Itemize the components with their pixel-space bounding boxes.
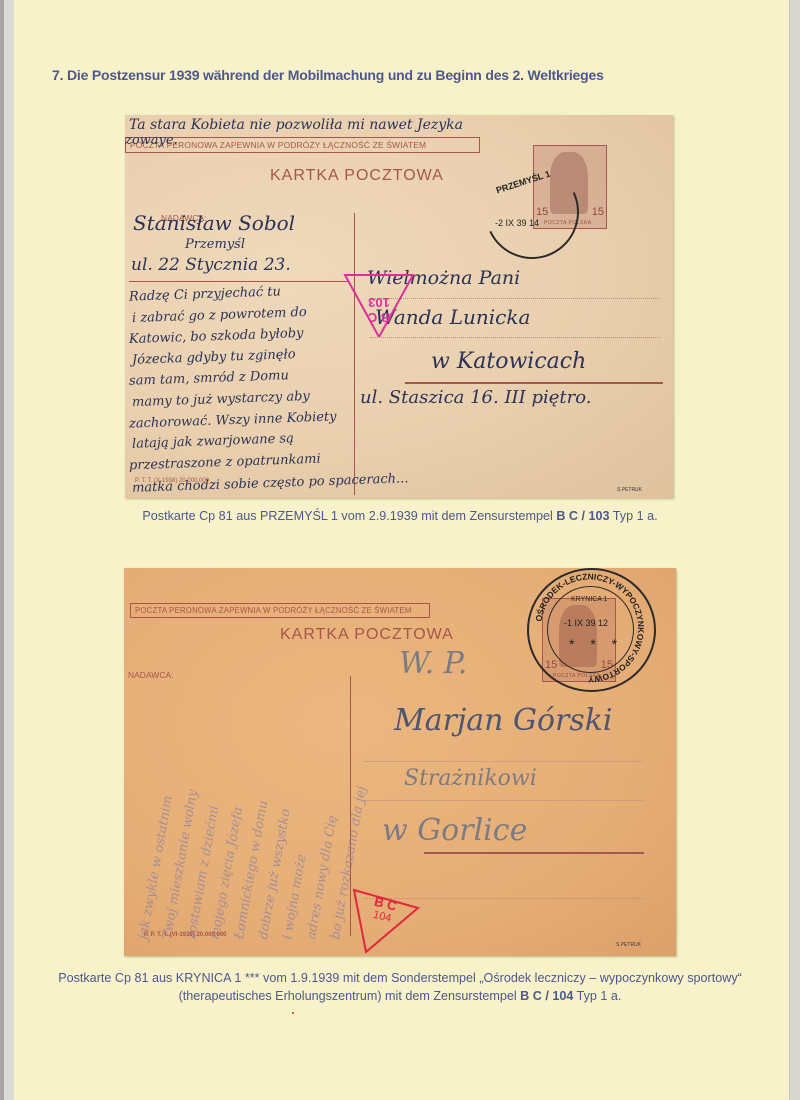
- caption-card-2: Postkarte Cp 81 aus KRYNICA 1 *** vom 1.…: [50, 969, 750, 1005]
- caption-text: Postkarte Cp 81 aus KRYNICA 1 *** vom 1.…: [58, 971, 742, 1003]
- message-line: Radzę Ci przyjechać tu: [129, 284, 281, 304]
- address-dotted-line: [364, 761, 644, 762]
- address-line: Strażnikowi: [404, 766, 537, 791]
- address-line: Marjan Górski: [394, 703, 613, 738]
- card-title: KARTKA POCZTOWA: [270, 167, 444, 185]
- address-line: w Gorlice: [382, 813, 527, 848]
- address-line: ul. Staszica 16. III piętro.: [360, 387, 592, 408]
- sender-street: ul. 22 Stycznia 23.: [131, 255, 291, 275]
- caption-censor-number: 103: [589, 509, 610, 523]
- printer-imprint: P. T. T. (X-1938) 20.000.000: [135, 478, 209, 484]
- censor-line1: B C: [357, 310, 401, 325]
- caption-censor-letters: B C: [556, 509, 578, 523]
- postcard-krynica: POCZTA PERONOWA ZAPEWNIA W PODRÓŻY ŁĄCZN…: [124, 568, 676, 956]
- message-line: zachorować. Wszy inne Kobiety: [129, 409, 337, 431]
- censor-stamp-code: B C 103: [357, 295, 401, 325]
- message-line: sam tam, smród z Domu: [129, 368, 289, 389]
- svg-text:OŚRODEK-LECZNICZY-WYPOCZYNKOWY: OŚRODEK-LECZNICZY-WYPOCZYNKOWY-SPORTOWY: [533, 571, 646, 684]
- stamp-value: 15: [592, 206, 604, 218]
- card-banner: POCZTA PERONOWA ZAPEWNIA W PODRÓŻY ŁĄCZN…: [130, 603, 430, 618]
- postmark-town: KRYNICA 1: [571, 596, 607, 603]
- scan-edge-shadow: [0, 0, 4, 1100]
- caption-type: Typ 1 a.: [610, 509, 658, 523]
- card-divider: [354, 213, 355, 495]
- maker-mark: S.PETRUK: [616, 942, 641, 948]
- postmark-stars: * * *: [569, 636, 623, 652]
- caption-text: Postkarte Cp 81 aus PRZEMYŚL 1 vom 2.9.1…: [142, 509, 556, 523]
- postmark-date: -1 IX 39 12: [564, 618, 608, 628]
- scan-edge-right: [789, 0, 800, 1100]
- sender-name: Stanisław Sobol: [133, 211, 295, 235]
- handwriting-top: zowaye.: [125, 133, 178, 148]
- address-line: w Katowicach: [431, 349, 586, 374]
- card-title: KARTKA POCZTOWA: [280, 626, 454, 644]
- handwriting-top: Ta stara Kobieta nie pozwoliła mi nawet …: [129, 117, 463, 133]
- page-heading: 7. Die Postzensur 1939 während der Mobil…: [52, 67, 604, 83]
- speck: [292, 1012, 294, 1014]
- card-banner: POCZTA PERONOWA ZAPEWNIA W PODRÓŻY ŁĄCZN…: [125, 137, 480, 153]
- sender-label: NADAWCA:: [128, 670, 174, 680]
- postmark-date: -2 IX 39 14: [495, 218, 539, 228]
- caption-censor-number: 104: [552, 989, 573, 1003]
- message-line: Józecka gdyby tu zginęło: [132, 347, 296, 368]
- address-dotted-line: [364, 800, 644, 801]
- sender-line: [129, 281, 349, 282]
- caption-separator: /: [578, 509, 589, 523]
- postmark-ring-text: OŚRODEK-LECZNICZY-WYPOCZYNKOWY-SPORTOWY: [527, 568, 652, 688]
- address-line: W. P.: [399, 646, 467, 681]
- address-underline: [405, 382, 663, 384]
- maker-mark: S.PETRUK: [617, 487, 642, 493]
- message-line: latają jak zwarjowane są: [132, 431, 294, 452]
- caption-censor-letters: B C: [520, 989, 542, 1003]
- postcard-przemysl: POCZTA PERONOWA ZAPEWNIA W PODRÓŻY ŁĄCZN…: [125, 115, 673, 498]
- sender-city: Przemyśl: [185, 237, 245, 252]
- message-line: mamy to już wystarczy aby: [132, 389, 310, 410]
- address-dotted-line: [370, 337, 660, 338]
- caption-type: Typ 1 a.: [573, 989, 621, 1003]
- address-underline: [424, 852, 644, 854]
- caption-separator: /: [542, 989, 553, 1003]
- printer-imprint: P. P. T. T. (VI-1939) 20.000.000: [144, 932, 227, 938]
- message-line: Katowic, bo szkoda byłoby: [129, 326, 304, 347]
- caption-card-1: Postkarte Cp 81 aus PRZEMYŚL 1 vom 2.9.1…: [100, 507, 700, 525]
- message-line: i zabrać go z powrotem do: [132, 305, 307, 326]
- message-line: przestraszone z opatrunkami: [129, 452, 321, 474]
- censor-line2: 103: [357, 295, 401, 310]
